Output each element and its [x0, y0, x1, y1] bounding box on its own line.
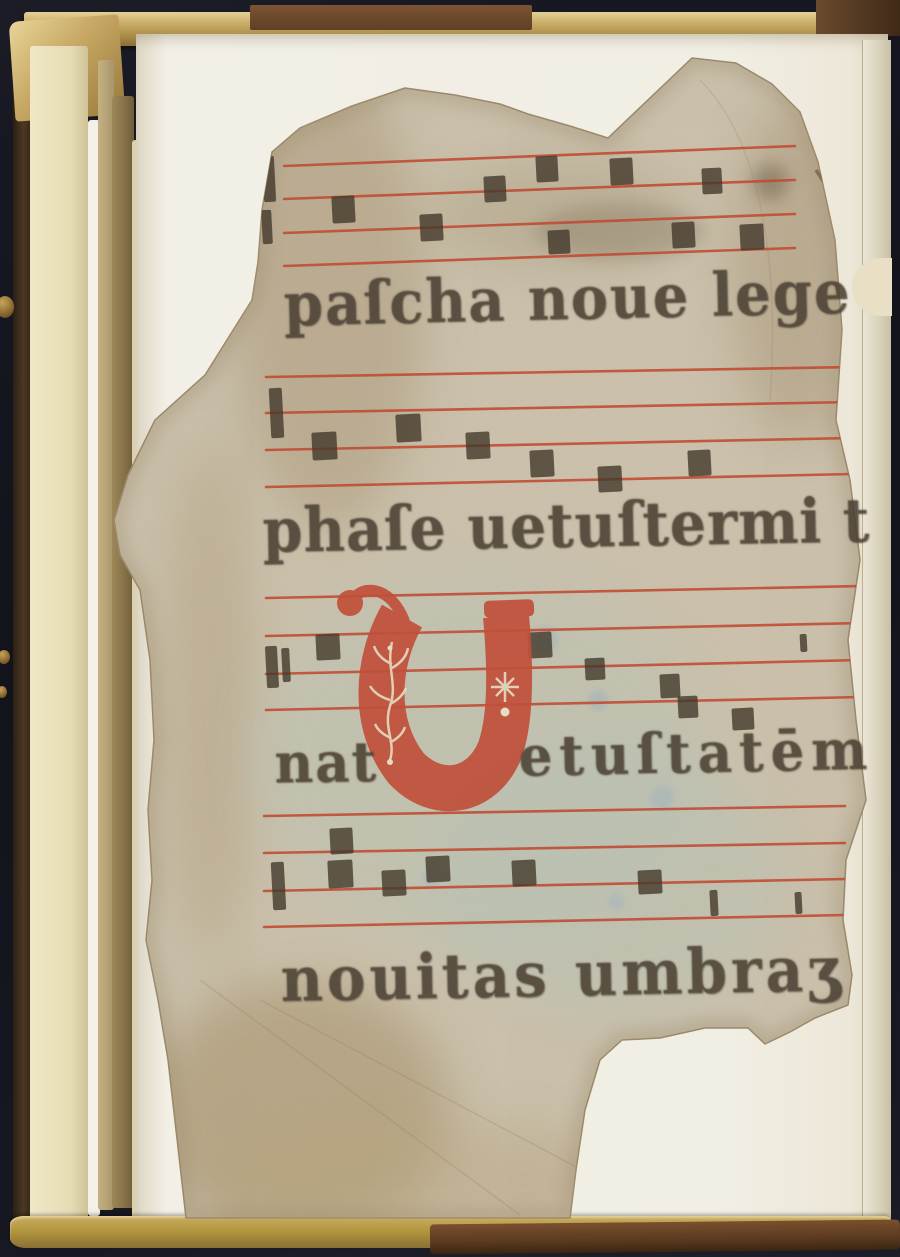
- neume-square: [677, 695, 698, 718]
- neume-stroke: [794, 892, 802, 914]
- neume-square: [584, 657, 605, 680]
- neume-square: [465, 431, 490, 459]
- neume-square: [701, 167, 722, 194]
- neume-square: [483, 175, 506, 202]
- neume-stroke: [271, 862, 286, 911]
- chant-text-line-4: nouitas umbraʒ: [280, 933, 845, 1016]
- neume-stroke: [709, 890, 718, 916]
- neume-square: [609, 157, 633, 185]
- neume-square: [425, 855, 450, 882]
- neume-square: [659, 673, 680, 698]
- neume-square: [381, 869, 406, 896]
- neume-square: [547, 229, 570, 254]
- neume-square: [419, 213, 443, 241]
- neume-square: [529, 449, 554, 477]
- neume-square: [311, 431, 337, 460]
- neume-square: [637, 869, 662, 894]
- neume-square: [511, 859, 536, 886]
- neume-square: [597, 465, 622, 492]
- neume-square: [687, 449, 711, 476]
- chant-text-line-3-prefix: nat: [274, 729, 378, 796]
- neume-square: [331, 195, 355, 223]
- initial-top-serif: [484, 599, 535, 618]
- neume-square: [395, 413, 421, 442]
- neume-square: [315, 633, 340, 660]
- neume-square: [739, 223, 764, 250]
- manuscript-photo: paſcha noue lege phaſe uetuſtermi t nat …: [0, 0, 900, 1257]
- initial-curl-ball: [337, 590, 363, 616]
- neume-square: [329, 827, 353, 854]
- neume-square: [535, 155, 558, 182]
- chant-text-line-3-suffix: etuſtatēm: [518, 717, 875, 789]
- chant-text-line-1: paſcha noue lege: [283, 257, 852, 340]
- neume-stroke: [269, 388, 285, 439]
- neume-square: [327, 859, 353, 888]
- parchment-layer: [0, 0, 900, 1257]
- neume-square: [671, 221, 695, 248]
- neume-stroke: [800, 634, 808, 652]
- neume-stroke: [261, 210, 273, 244]
- chant-text-line-2: phaſe uetuſtermi t: [262, 485, 871, 567]
- neume-stroke: [265, 646, 279, 689]
- initial-flourish-drop: [501, 708, 510, 717]
